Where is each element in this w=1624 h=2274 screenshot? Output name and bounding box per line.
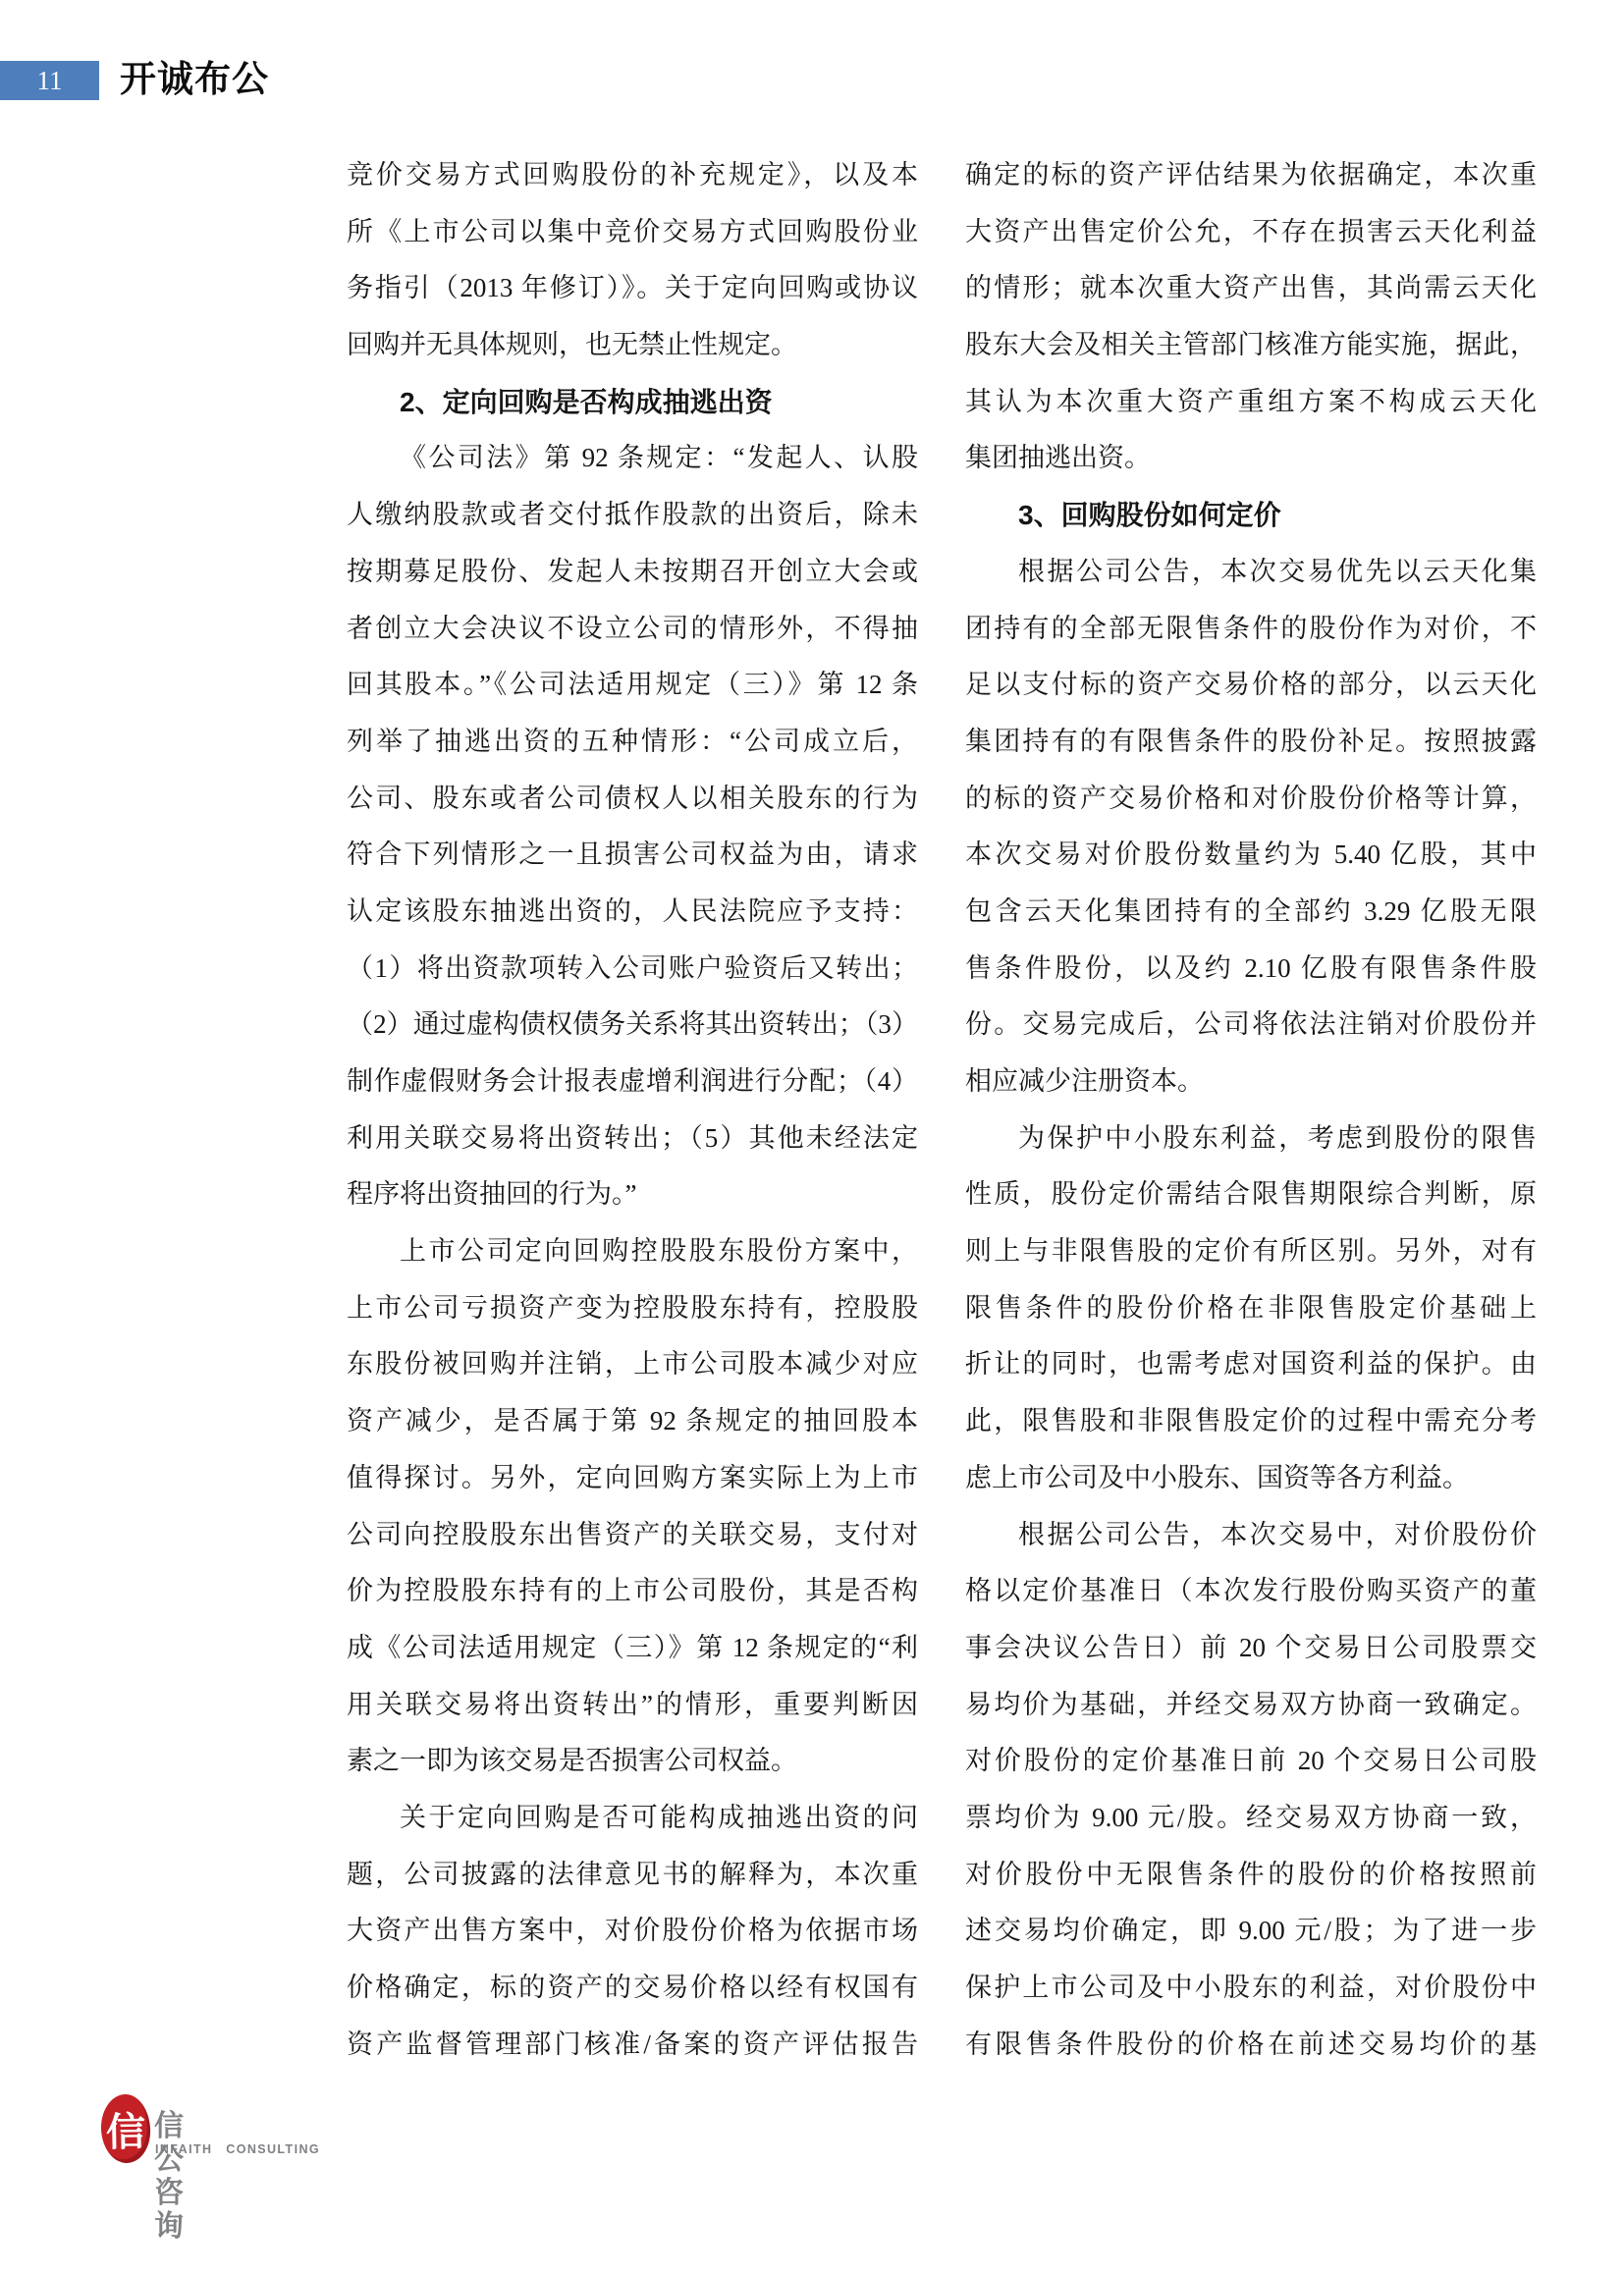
logo-chinese-name: 信公咨询 <box>154 2110 185 2244</box>
page-header-title: 开诚布公 <box>120 57 269 102</box>
right-column: 确定的标的资产评估结果为依据确定，本次重大资产出售定价公允，不存在损害云天化利益… <box>965 147 1537 2073</box>
text-line: 上市公司亏损资产变为控股股东持有，控股股 <box>347 1280 918 1337</box>
text-line: 团持有的全部无限售条件的股份作为对价，不 <box>965 601 1537 658</box>
text-line: 相应减少注册资本。 <box>965 1054 1537 1110</box>
text-line: 易均价为基础，并经交易双方协商一致确定。 <box>965 1677 1537 1734</box>
text-line: 有限售条件股份的价格在前述交易均价的基 <box>965 2017 1537 2074</box>
text-line: 公司向控股股东出售资产的关联交易，支付对 <box>347 1507 918 1564</box>
text-line: 符合下列情形之一且损害公司权益为由，请求 <box>347 827 918 884</box>
text-line: 回其股本。”《公司法适用规定（三）》第 12 条 <box>347 657 918 714</box>
text-line: 价格确定，标的资产的交易价格以经有权国有 <box>347 1960 918 2017</box>
text-line: 集团持有的有限售条件的股份补足。按照披露 <box>965 714 1537 771</box>
text-line: 公司、股东或者公司债权人以相关股东的行为 <box>347 771 918 828</box>
seal-character: 信 <box>100 2094 150 2164</box>
section-heading: 2、定向回购是否构成抽逃出资 <box>347 374 918 431</box>
text-line: （2）通过虚构债权债务关系将其出资转出；（3） <box>347 997 918 1054</box>
text-line: 东股份被回购并注销，上市公司股本减少对应 <box>347 1336 918 1393</box>
text-line: 制作虚假财务会计报表虚增利润进行分配；（4） <box>347 1054 918 1110</box>
text-line: 本次交易对价股份数量约为 5.40 亿股，其中 <box>965 827 1537 884</box>
text-line: 对价股份中无限售条件的股份的价格按照前 <box>965 1847 1537 1904</box>
text-line: 则上与非限售股的定价有所区别。另外，对有 <box>965 1223 1537 1280</box>
text-line: 限售条件的股份价格在非限售股定价基础上 <box>965 1280 1537 1337</box>
text-line: 根据公司公告，本次交易优先以云天化集 <box>965 544 1537 601</box>
text-line: 根据公司公告，本次交易中，对价股份价 <box>965 1507 1537 1564</box>
text-line: 人缴纳股款或者交付抵作股款的出资后，除未 <box>347 487 918 544</box>
text-line: 竞价交易方式回购股份的补充规定》，以及本 <box>347 147 918 204</box>
text-line: 资产减少，是否属于第 92 条规定的抽回股本 <box>347 1393 918 1450</box>
text-line: 折让的同时，也需考虑对国资利益的保护。由 <box>965 1336 1537 1393</box>
text-line: 此，限售股和非限售股定价的过程中需充分考 <box>965 1393 1537 1450</box>
text-line: 事会决议公告日）前 20 个交易日公司股票交 <box>965 1620 1537 1677</box>
text-line: 售条件股份，以及约 2.10 亿股有限售条件股 <box>965 941 1537 998</box>
text-line: 的标的资产交易价格和对价股份价格等计算， <box>965 771 1537 828</box>
text-line: 保护上市公司及中小股东的利益，对价股份中 <box>965 1960 1537 2017</box>
text-line: 利用关联交易将出资转出；（5）其他未经法定 <box>347 1110 918 1167</box>
text-line: 素之一即为该交易是否损害公司权益。 <box>347 1733 918 1790</box>
text-line: 用关联交易将出资转出”的情形，重要判断因 <box>347 1677 918 1734</box>
text-line: 价为控股股东持有的上市公司股份，其是否构 <box>347 1563 918 1620</box>
text-line: 《公司法》第 92 条规定：“发起人、认股 <box>347 430 918 487</box>
text-line: 者创立大会决议不设立公司的情形外，不得抽 <box>347 601 918 658</box>
text-line: 关于定向回购是否可能构成抽逃出资的问 <box>347 1790 918 1847</box>
text-line: 认定该股东抽逃出资的，人民法院应予支持： <box>347 884 918 941</box>
text-line: 对价股份的定价基准日前 20 个交易日公司股 <box>965 1733 1537 1790</box>
text-line: 大资产出售方案中，对价股份价格为依据市场 <box>347 1903 918 1960</box>
section-heading: 3、回购股份如何定价 <box>965 487 1537 544</box>
document-page: 11 开诚布公 竞价交易方式回购股份的补充规定》，以及本所《上市公司以集中竞价交… <box>0 0 1624 2274</box>
text-line: 务指引（2013 年修订）》。关于定向回购或协议 <box>347 260 918 317</box>
text-line: 所《上市公司以集中竞价交易方式回购股份业 <box>347 204 918 261</box>
text-line: 题，公司披露的法律意见书的解释为，本次重 <box>347 1847 918 1904</box>
text-line: 资产监督管理部门核准/备案的资产评估报告 <box>347 2017 918 2074</box>
text-line: 按期募足股份、发起人未按期召开创立大会或 <box>347 544 918 601</box>
text-line: 的情形；就本次重大资产出售，其尚需云天化 <box>965 260 1537 317</box>
text-line: 票均价为 9.00 元/股。经交易双方协商一致， <box>965 1790 1537 1847</box>
red-seal-icon: 信 <box>99 2093 152 2165</box>
text-line: 确定的标的资产评估结果为依据确定，本次重 <box>965 147 1537 204</box>
text-line: 值得探讨。另外，定向回购方案实际上为上市 <box>347 1450 918 1507</box>
text-line: 回购并无具体规则，也无禁止性规定。 <box>347 317 918 374</box>
text-line: 为保护中小股东利益，考虑到股份的限售 <box>965 1110 1537 1167</box>
text-line: 包含云天化集团持有的全部约 3.29 亿股无限 <box>965 884 1537 941</box>
logo-english-name: INFAITH CONSULTING <box>155 2142 320 2156</box>
text-line: 其认为本次重大资产重组方案不构成云天化 <box>965 374 1537 431</box>
text-line: 足以支付标的资产交易价格的部分，以云天化 <box>965 657 1537 714</box>
text-line: 份。交易完成后，公司将依法注销对价股份并 <box>965 997 1537 1054</box>
left-column: 竞价交易方式回购股份的补充规定》，以及本所《上市公司以集中竞价交易方式回购股份业… <box>347 147 918 2073</box>
text-line: 虑上市公司及中小股东、国资等各方利益。 <box>965 1450 1537 1507</box>
text-line: 格以定价基准日（本次发行股份购买资产的董 <box>965 1563 1537 1620</box>
text-line: 列举了抽逃出资的五种情形：“公司成立后， <box>347 714 918 771</box>
page-number: 11 <box>37 66 63 95</box>
text-line: 述交易均价确定，即 9.00 元/股；为了进一步 <box>965 1903 1537 1960</box>
text-line: （1）将出资款项转入公司账户验资后又转出； <box>347 941 918 998</box>
text-line: 股东大会及相关主管部门核准方能实施，据此， <box>965 317 1537 374</box>
text-line: 大资产出售定价公允，不存在损害云天化利益 <box>965 204 1537 261</box>
text-line: 性质，股份定价需结合限售期限综合判断，原 <box>965 1166 1537 1223</box>
text-line: 程序将出资抽回的行为。” <box>347 1166 918 1223</box>
text-line: 上市公司定向回购控股股东股份方案中， <box>347 1223 918 1280</box>
page-number-tab: 11 <box>0 61 99 100</box>
text-line: 集团抽逃出资。 <box>965 430 1537 487</box>
text-line: 成《公司法适用规定（三）》第 12 条规定的“利 <box>347 1620 918 1677</box>
